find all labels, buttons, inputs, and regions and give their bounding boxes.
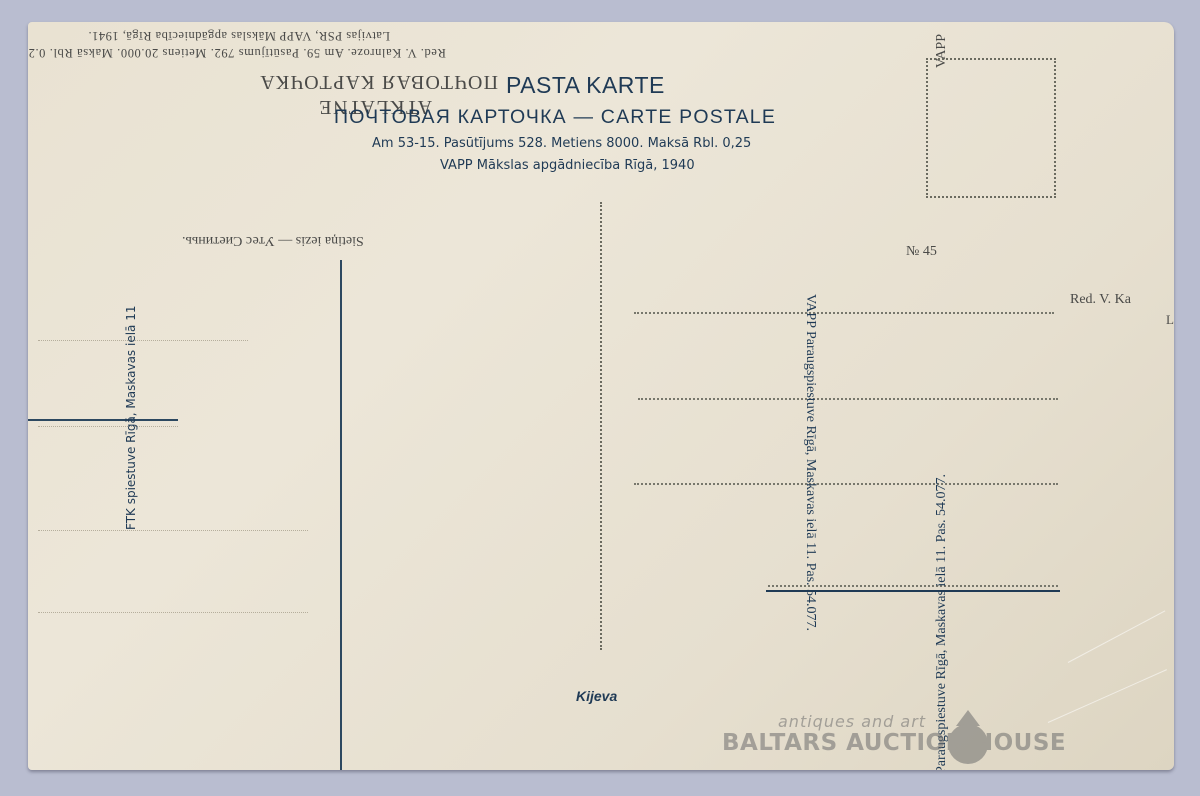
- watermark-tagline: antiques and art: [778, 712, 926, 731]
- location-stamp: Kijeva: [576, 688, 617, 704]
- stamp-box-label: VAPP: [934, 34, 950, 68]
- stamp-box: [926, 58, 1056, 198]
- message-divider-line: [340, 260, 342, 770]
- editor-partial: Red. V. Ka: [1070, 292, 1131, 308]
- postcard-reverse: Latvijas PSR, VAPP Mākslas apgādniecība …: [28, 22, 1174, 770]
- address-line-1: [634, 312, 1054, 314]
- overprint-russian-title: ПОЧТОВАЯ КАРТОЧКА: [208, 70, 498, 93]
- faint-dotted-line: [38, 340, 248, 341]
- postcard-title: PASTA KARTE: [506, 72, 665, 99]
- watermark-brand: BALTARS AUCTION HOUSE: [722, 730, 1066, 756]
- address-line-2: [638, 398, 1058, 400]
- dotted-divider: [600, 202, 602, 650]
- faint-dotted-line: [38, 612, 308, 613]
- overprint-caption: Sietiņa iezis — Утес Сиетиньь.: [182, 232, 364, 248]
- faint-dotted-line: [38, 530, 308, 531]
- left-horizontal-rule: [28, 419, 178, 421]
- overprint-line-editor: Red. V. Kalnroze. Am 59. Pasūtījums 792.…: [28, 45, 644, 60]
- side-printer-imprint-1: VAPP Paraugspiestuve Rīgā, Maskavas ielā…: [802, 294, 818, 631]
- overprint-line-publisher: Latvijas PSR, VAPP Mākslas apgādniecība …: [88, 28, 648, 43]
- card-number: № 45: [906, 244, 937, 260]
- print-info-line-1: Am 53-15. Pasūtījums 528. Metiens 8000. …: [372, 136, 751, 151]
- address-line-3: [634, 483, 1058, 485]
- editor-partial-line2: L: [1166, 312, 1174, 328]
- left-printer-imprint: FTK spiestuve Rīgā, Maskavas ielā 11: [124, 306, 138, 530]
- postcard-subtitle: ПОЧТОВАЯ КАРТОЧКА — CARTE POSTALE: [334, 106, 776, 129]
- print-info-line-2: VAPP Mākslas apgādniecība Rīgā, 1940: [440, 158, 695, 173]
- faint-dotted-line: [38, 426, 178, 427]
- paper-crease: [1068, 610, 1166, 663]
- auction-watermark: antiques and art BALTARS AUCTION HOUSE: [722, 712, 1122, 770]
